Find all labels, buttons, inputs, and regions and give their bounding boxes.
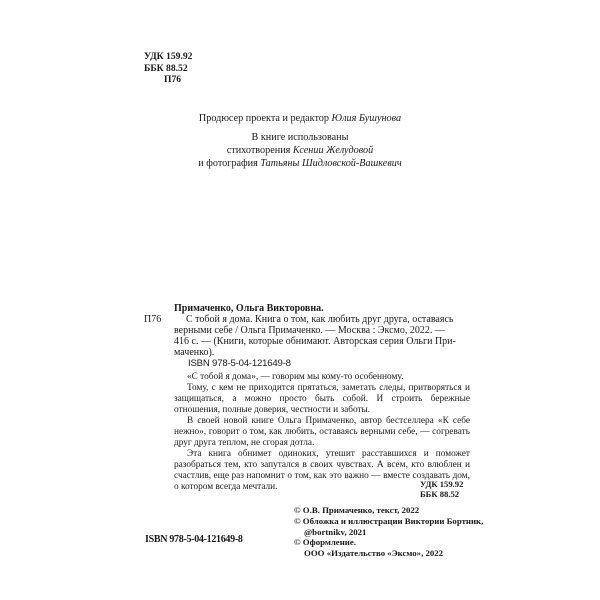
copyright-line: ООО «Издательство «Эксмо», 2022 [294,548,483,559]
credits-block: Продюсер проекта и редактор Юлия Бушунов… [150,112,450,170]
bbk-code: ББК 88.52 [144,63,192,75]
annotation-paragraph: Тому, с кем не приходится прятаться, зам… [174,383,470,416]
used-line: В книге использованы [150,131,450,144]
isbn-record: ISBN 978-5-04-121649-8 [188,358,291,369]
description-line: С тобой я дома. Книга о том, как любить … [174,314,470,325]
poems-line: стихотворения Ксении Желудовой [150,144,450,157]
udk-code: УДК 159.92 [420,479,463,489]
author-mark: П76 [144,74,192,86]
isbn-bottom: ISBN 978-5-04-121649-8 [145,534,243,545]
poems-author: Ксении Желудовой [293,145,373,156]
author-mark: П76 [144,314,174,325]
copyright-line: © Обложка и иллюстрации Виктории Бортник… [294,516,483,527]
description-line: 416 с. — (Книги, которые обнимают. Автор… [174,336,470,347]
producer-line: Продюсер проекта и редактор Юлия Бушунов… [150,112,450,125]
producer-name: Юлия Бушунова [332,113,402,124]
photo-line: и фотография Татьяны Шидловской-Вашкевич [150,157,450,170]
udk-code: УДК 159.92 [144,51,192,63]
photo-author: Татьяны Шидловской-Вашкевич [260,158,401,169]
copyright-block: © О.В. Примаченко, текст, 2022 © Обложка… [294,505,483,559]
poems-label: стихотворения [227,145,293,156]
author-heading: Примаченко, Ольга Викторовна. [144,303,470,314]
annotation-paragraph: «С тобой я дома», — говорим мы кому-то о… [174,372,470,383]
bbk-code: ББК 88.52 [420,489,463,499]
classification-codes-top: УДК 159.92 ББК 88.52 П76 [144,51,192,86]
copyright-line: © Оформление. [294,537,483,548]
description-line: маченко). [174,347,470,358]
photo-label: и фотография [198,158,260,169]
producer-label: Продюсер проекта и редактор [199,113,332,124]
copyright-line: @bortnikv, 2021 [294,527,483,538]
copyright-line: © О.В. Примаченко, текст, 2022 [294,505,483,516]
description: С тобой я дома. Книга о том, как любить … [174,314,470,325]
bibliographic-record: Примаченко, Ольга Викторовна. П76 С тобо… [144,303,470,358]
annotation-paragraph: В своей новой книге Ольга Примаченко, ав… [174,416,470,449]
annotation: «С тобой я дома», — говорим мы кому-то о… [174,372,470,493]
classification-codes-bottom: УДК 159.92 ББК 88.52 [420,479,463,499]
description-line: верными себе / Ольга Примаченко. — Москв… [174,325,470,336]
